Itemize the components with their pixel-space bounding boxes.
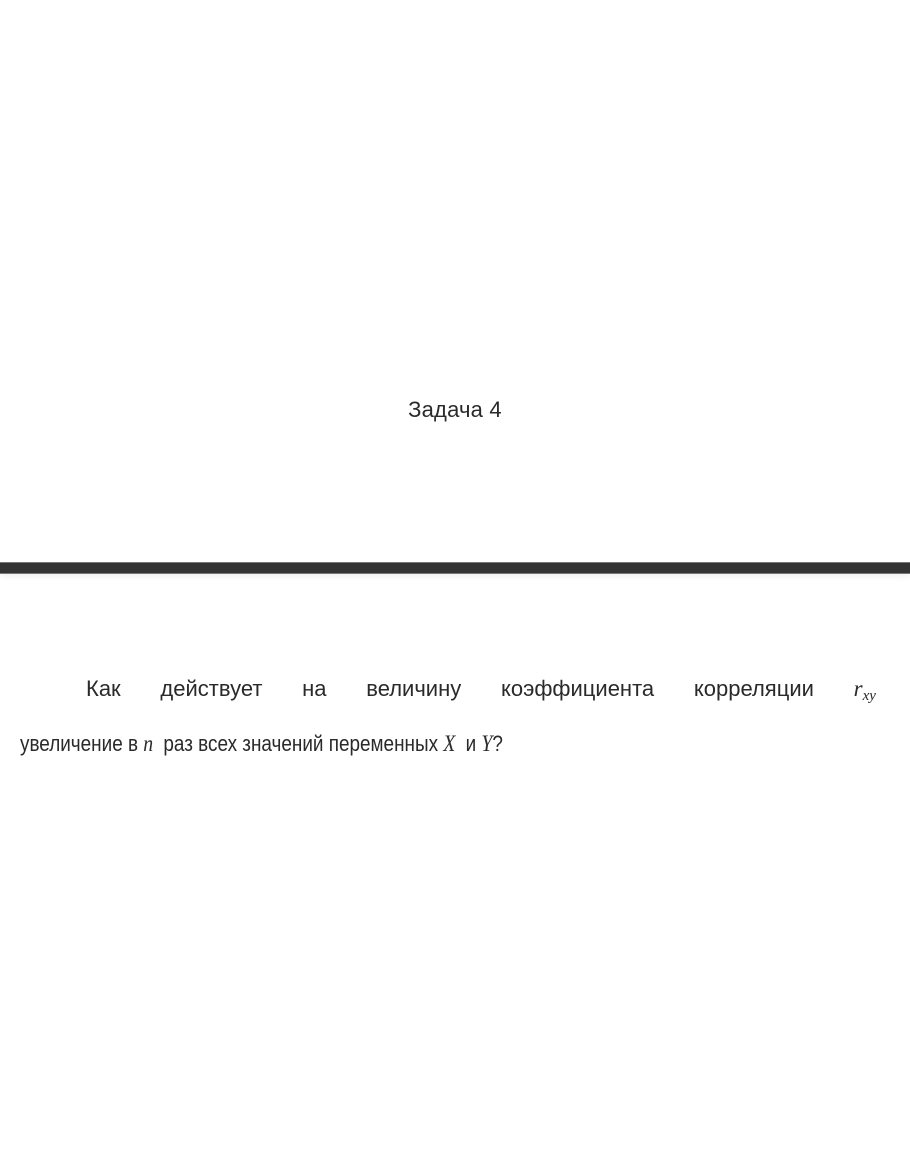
task-title: Задача 4 [0, 397, 910, 423]
text: увеличение в [20, 731, 138, 756]
word: коэффициента [501, 676, 654, 702]
question-line-1: Как действует на величину коэффициента к… [86, 676, 876, 705]
text: и [466, 731, 477, 756]
section-divider [0, 562, 910, 574]
variable-y: Y [481, 731, 492, 756]
word: величину [366, 676, 461, 702]
correlation-coefficient-symbol: rxy [854, 676, 876, 705]
word: действует [160, 676, 262, 702]
variable-n: n [143, 731, 153, 756]
variable-x: X [443, 731, 455, 756]
word: на [302, 676, 326, 702]
question-mark: ? [492, 731, 503, 756]
word: Как [86, 676, 121, 702]
question-line-2: увеличение вnраз всех значений переменны… [20, 731, 503, 757]
text: раз всех значений переменных [163, 731, 438, 756]
word: корреляции [694, 676, 814, 702]
